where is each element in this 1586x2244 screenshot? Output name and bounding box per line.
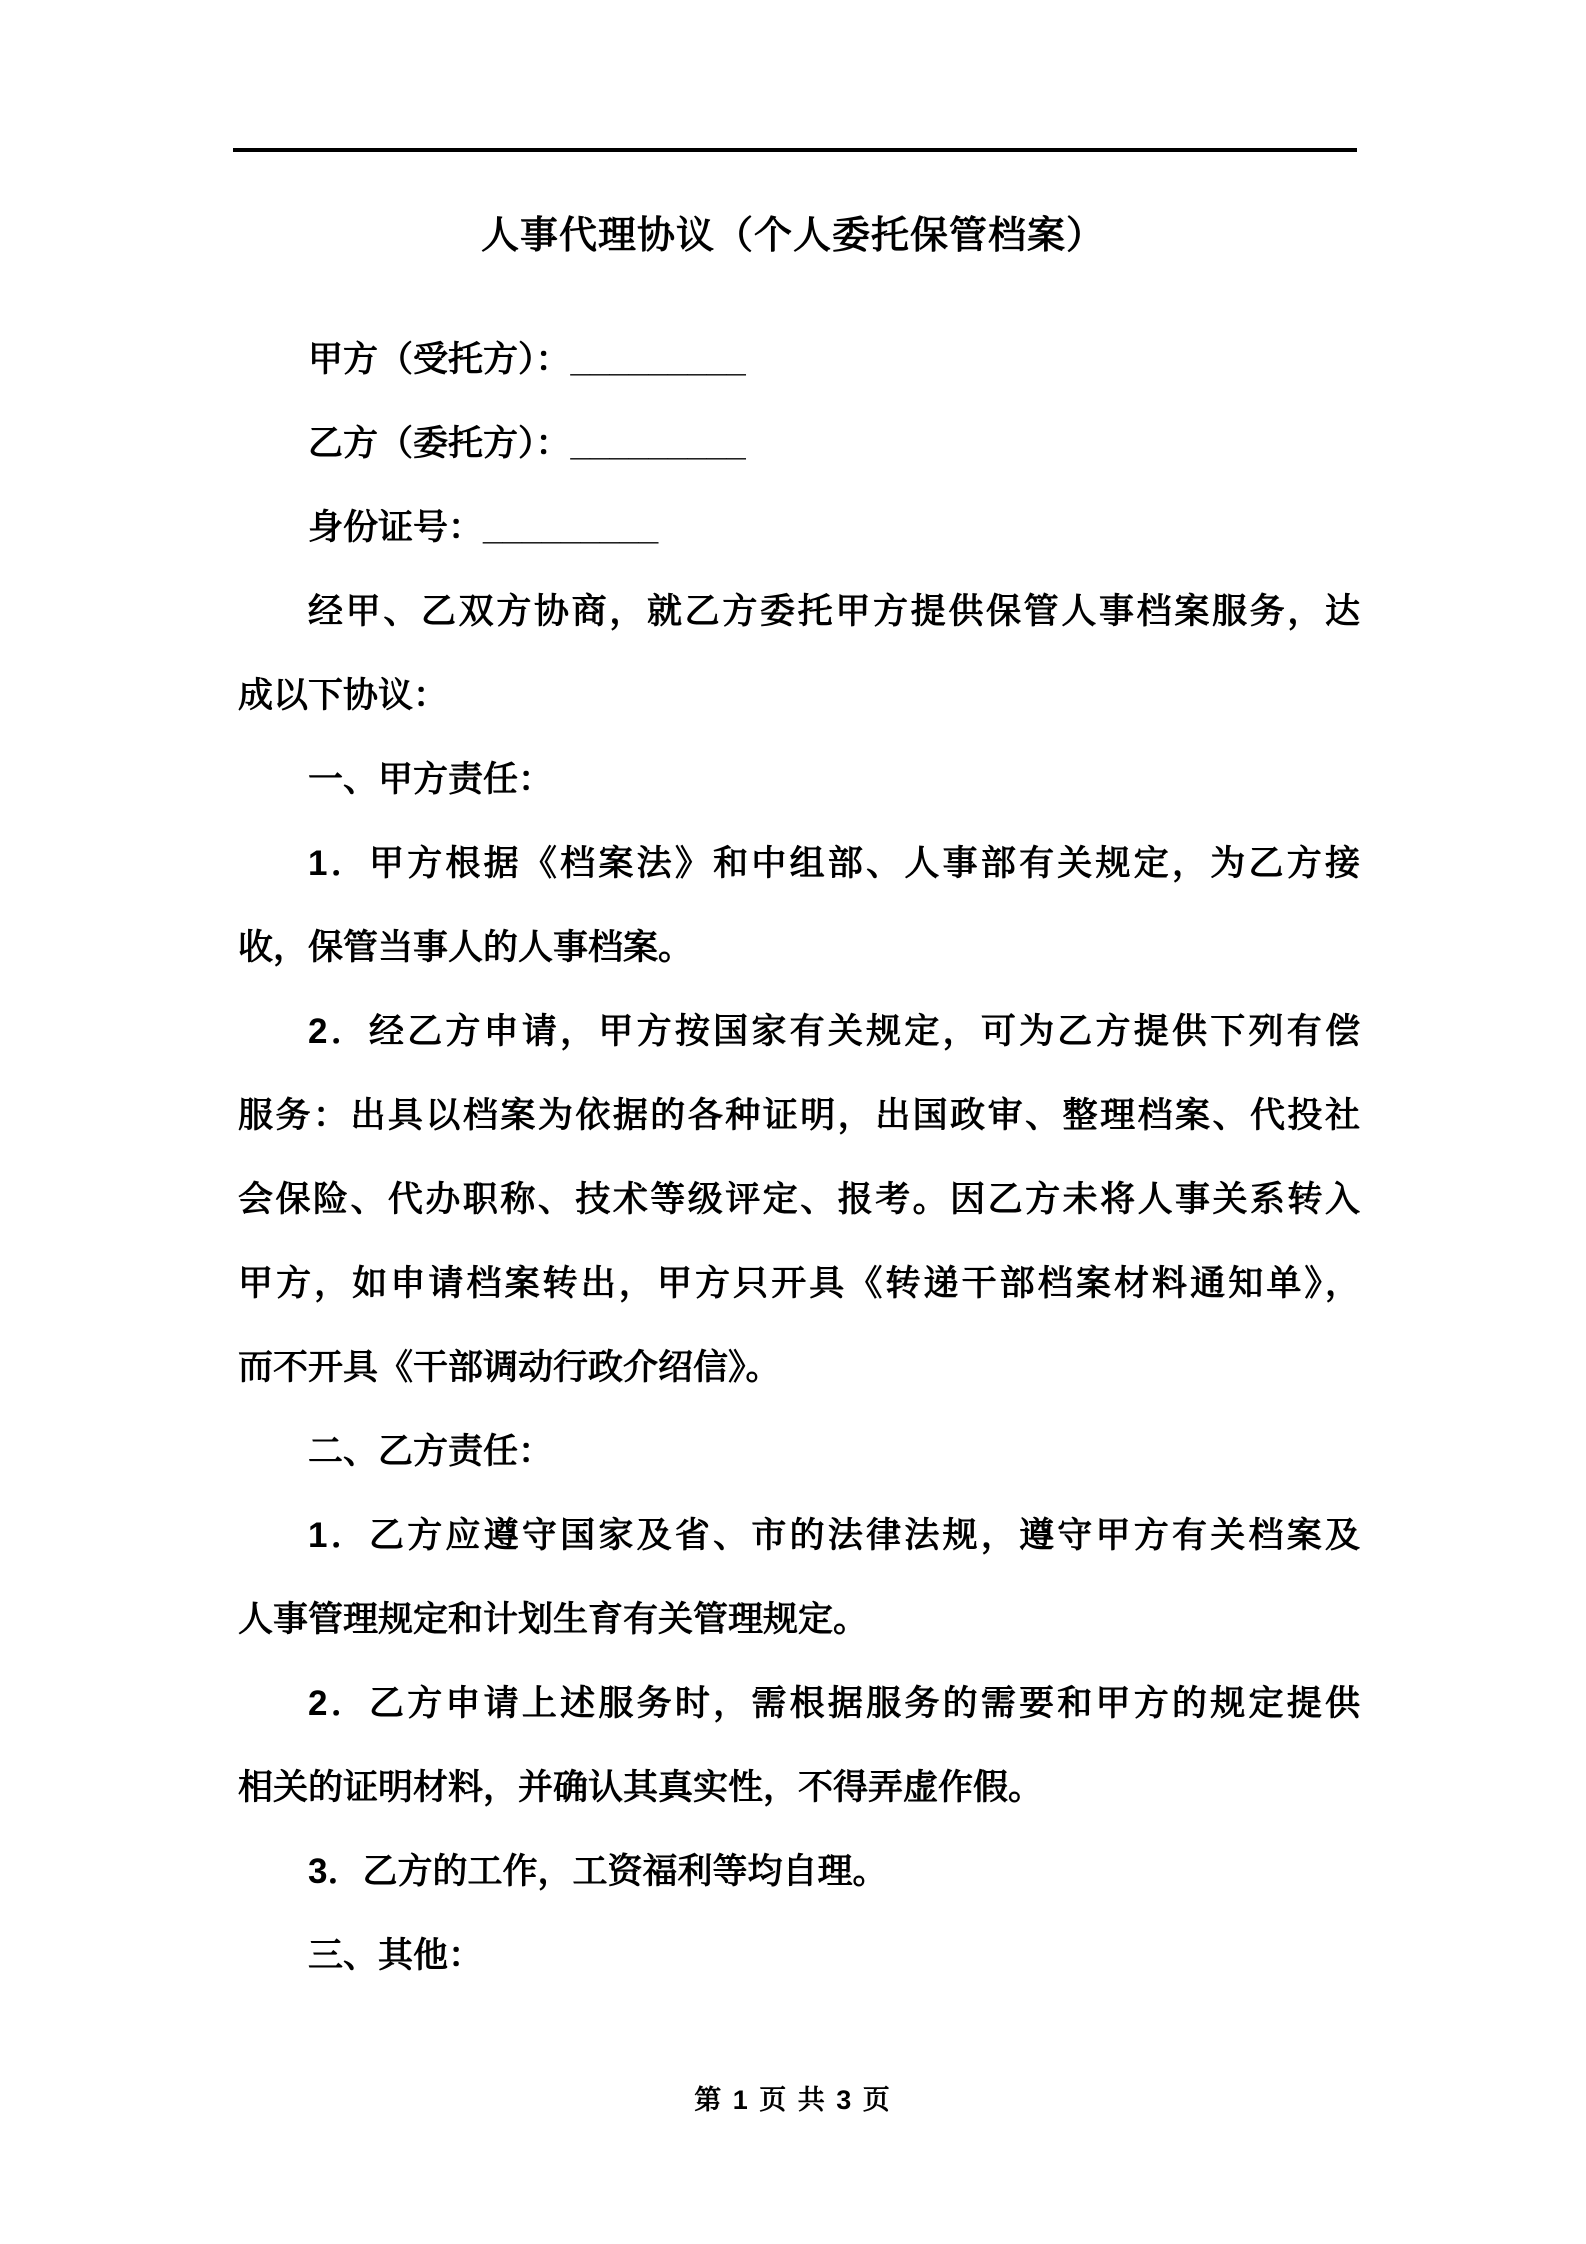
text-line-2: 乙方（委托方）：_________ xyxy=(238,402,1360,486)
text-line-16: 人事管理规定和计划生育有关管理规定。 xyxy=(238,1578,1360,1662)
text-line-13: 而不开具《干部调动行政介绍信》。 xyxy=(238,1326,1360,1410)
text-line-6: 一、甲方责任： xyxy=(238,738,1360,822)
document-page: 人事代理协议（个人委托保管档案） 甲方（受托方）：_________乙方（委托方… xyxy=(0,0,1586,2244)
text-line-8: 收，保管当事人的人事档案。 xyxy=(238,906,1360,990)
text-line-4: 经甲、乙双方协商，就乙方委托甲方提供保管人事档案服务，达 xyxy=(238,570,1360,654)
text-line-3: 身份证号：_________ xyxy=(238,486,1360,570)
document-body: 甲方（受托方）：_________乙方（委托方）：_________身份证号：_… xyxy=(238,318,1360,1998)
text-line-1: 甲方（受托方）：_________ xyxy=(238,318,1360,402)
text-line-19: 3．乙方的工作，工资福利等均自理。 xyxy=(238,1830,1360,1914)
text-line-11: 会保险、代办职称、技术等级评定、报考。因乙方未将人事关系转入 xyxy=(238,1158,1360,1242)
text-line-14: 二、乙方责任： xyxy=(238,1410,1360,1494)
text-line-5: 成以下协议： xyxy=(238,654,1360,738)
text-line-12: 甲方，如申请档案转出，甲方只开具《转递干部档案材料通知单》， xyxy=(238,1242,1360,1326)
header-divider xyxy=(233,148,1357,152)
document-title: 人事代理协议（个人委托保管档案） xyxy=(0,204,1586,259)
text-line-18: 相关的证明材料，并确认其真实性，不得弄虚作假。 xyxy=(238,1746,1360,1830)
text-line-17: 2．乙方申请上述服务时，需根据服务的需要和甲方的规定提供 xyxy=(238,1662,1360,1746)
text-line-10: 服务：出具以档案为依据的各种证明，出国政审、整理档案、代投社 xyxy=(238,1074,1360,1158)
text-line-9: 2．经乙方申请，甲方按国家有关规定，可为乙方提供下列有偿 xyxy=(238,990,1360,1074)
page-number-footer: 第 1 页 共 3 页 xyxy=(0,2078,1586,2117)
text-line-20: 三、其他： xyxy=(238,1914,1360,1998)
text-line-7: 1．甲方根据《档案法》和中组部、人事部有关规定，为乙方接 xyxy=(238,822,1360,906)
text-line-15: 1．乙方应遵守国家及省、市的法律法规，遵守甲方有关档案及 xyxy=(238,1494,1360,1578)
